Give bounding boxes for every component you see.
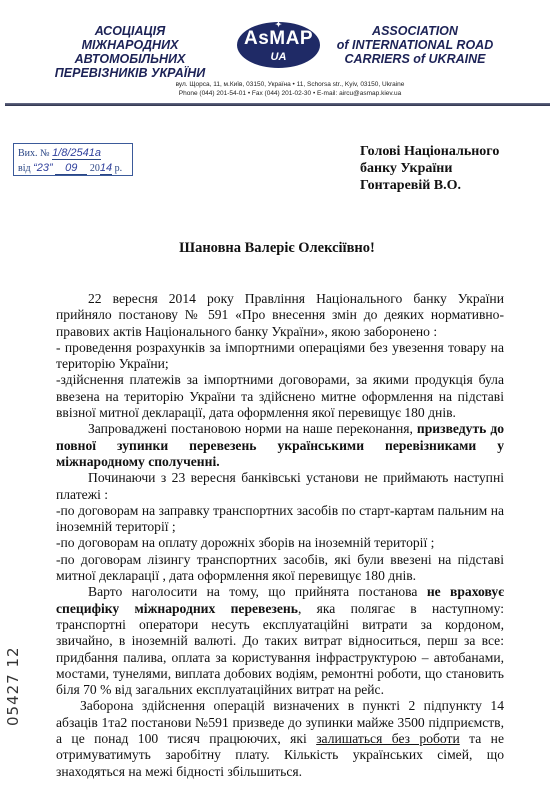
org-name-english: ASSOCIATION of INTERNATIONAL ROAD CARRIE… — [320, 24, 510, 66]
list-item: - проведення розрахунків за імпортними о… — [56, 340, 504, 373]
paragraph: Запроваджені постановою норми на наше пе… — [56, 421, 504, 470]
logo-text: AsMAP — [237, 29, 320, 49]
stamp-number-value: 1/8/2541а — [52, 147, 101, 160]
addressee-line: Гонтаревій В.О. — [360, 177, 499, 194]
header-divider — [5, 103, 550, 106]
addressee: Голові Національного банку України Гонта… — [360, 143, 499, 194]
org-name-ukrainian: АСОЦІАЦІЯ МІЖНАРОДНИХ АВТОМОБІЛЬНИХ ПЕРЕ… — [30, 24, 230, 80]
stamp-year: 14 — [100, 162, 112, 175]
asmap-logo: ✦ AsMAP UA — [237, 22, 320, 68]
stamp-number-label: Вих. № — [18, 148, 50, 159]
registration-number: 05427 12 — [4, 606, 26, 726]
list-item: -здійснення платежів за імпортними догов… — [56, 372, 504, 421]
letterhead: АСОЦІАЦІЯ МІЖНАРОДНИХ АВТОМОБІЛЬНИХ ПЕРЕ… — [0, 0, 554, 105]
addressee-line: Голові Національного — [360, 143, 499, 160]
paragraph: Заборона здійснення операцій визначених … — [56, 698, 504, 779]
stamp-year-prefix: 20 — [90, 163, 100, 174]
list-item: -по договорам на заправку транспортних з… — [56, 503, 504, 536]
address: вул. Щорса, 11, м.Київ, 03150, Україна •… — [100, 81, 480, 90]
stamp-number-line: Вих. № 1/8/2541а — [18, 146, 132, 161]
paragraph: Починаючи з 23 вересня банківські устано… — [56, 470, 504, 503]
list-item: -по договорам на оплату дорожніх зборів … — [56, 535, 504, 551]
stamp-year-end: р. — [115, 163, 123, 174]
outgoing-stamp: Вих. № 1/8/2541а від “23” 09 2014 р. — [13, 143, 133, 176]
org-en-line: of INTERNATIONAL ROAD — [320, 38, 510, 52]
org-en-line: CARRIERS of UKRAINE — [320, 52, 510, 66]
paragraph: 22 вересня 2014 року Правління Національ… — [56, 291, 504, 340]
stamp-date-line: від “23” 09 2014 р. — [18, 161, 132, 176]
phones: Phone (044) 201-54-01 • Fax (044) 201-02… — [100, 90, 480, 99]
letter-body: 22 вересня 2014 року Правління Національ… — [56, 291, 504, 780]
stamp-date-label: від — [18, 163, 31, 174]
text: Варто наголосити на тому, що прийнята по… — [88, 584, 427, 599]
text: Запроваджені постановою норми на наше пе… — [88, 421, 417, 436]
contact-info: вул. Щорса, 11, м.Київ, 03150, Україна •… — [100, 81, 480, 98]
list-item: -по договорам лізингу транспортних засоб… — [56, 552, 504, 585]
stamp-day: “23” — [33, 162, 53, 174]
org-ua-line: АСОЦІАЦІЯ — [30, 24, 230, 38]
org-en-line: ASSOCIATION — [320, 24, 510, 38]
underlined-text: залишаться без роботи — [316, 731, 460, 746]
addressee-line: банку України — [360, 160, 499, 177]
paragraph: Варто наголосити на тому, що прийнята по… — [56, 584, 504, 698]
org-ua-line: МІЖНАРОДНИХ АВТОМОБІЛЬНИХ — [30, 38, 230, 66]
greeting: Шановна Валеріє Олексіївно! — [0, 240, 554, 257]
stamp-month: 09 — [55, 162, 87, 175]
logo-subtext: UA — [237, 51, 320, 63]
org-ua-line: ПЕРЕВІЗНИКІВ УКРАЇНИ — [30, 66, 230, 80]
